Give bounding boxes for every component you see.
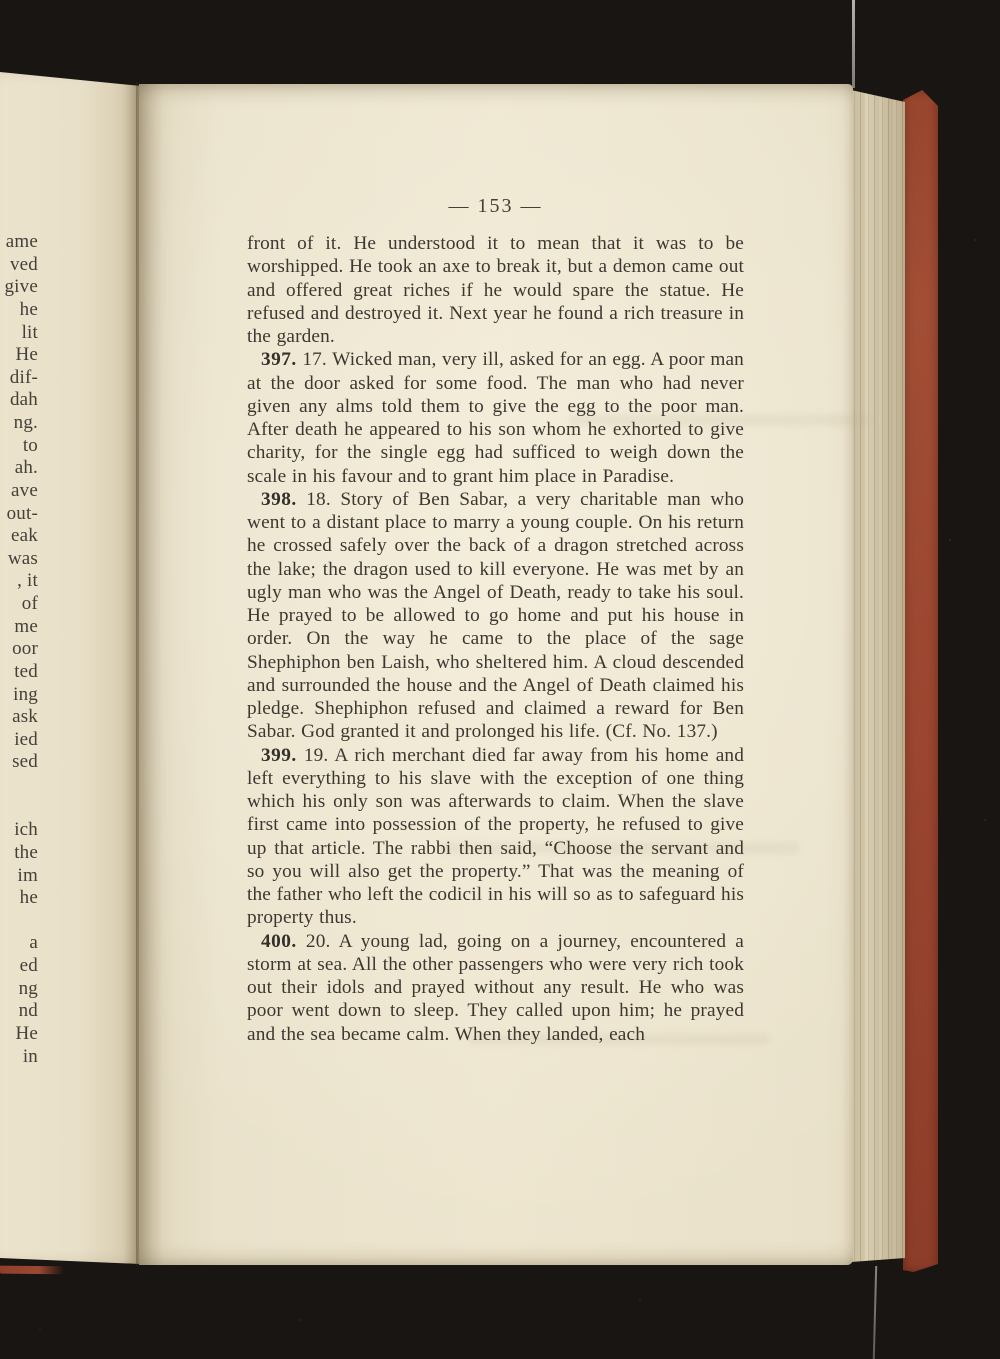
left-page-fragment-line: sed (0, 751, 38, 774)
paragraph-397: 397. 17. Wicked man, very ill, asked for… (247, 348, 744, 488)
cradle-wire-top (852, 0, 855, 88)
book-cover (903, 90, 938, 1272)
left-page-fragment-line: ied (0, 729, 38, 752)
left-page-fragment-line: ed (0, 955, 38, 978)
left-page-fragment-line: ng. (0, 412, 38, 435)
left-page-fragments: amevedgivehelitHedif-dahng.toah.aveout-e… (0, 231, 38, 1068)
left-page-fragment-line: nd (0, 1000, 38, 1023)
left-page-fragment-line: the (0, 842, 38, 865)
paragraph-399: 399. 19. A rich merchant died far away f… (247, 744, 744, 930)
left-page-fragment-line: was (0, 548, 38, 571)
left-page-fragment-line: ing (0, 684, 38, 707)
left-page-fragment-line: out- (0, 503, 38, 526)
left-page-fragment-line: ask (0, 706, 38, 729)
paragraph-400: 400. 20. A young lad, going on a journey… (247, 930, 744, 1046)
paragraph-text: front of it. He understood it to mean th… (247, 233, 744, 347)
paragraph-continuation: front of it. He understood it to mean th… (247, 232, 744, 348)
left-page-fragment-line: dah (0, 389, 38, 412)
entry-item-number: 20. (306, 931, 331, 952)
left-page-fragment-line: lit (0, 322, 38, 345)
left-page-fragment-line: ted (0, 661, 38, 684)
entry-item-number: 19. (304, 745, 329, 766)
left-page-fragment-line (0, 774, 38, 797)
left-page-fragment-line: eak (0, 525, 38, 548)
left-page-fragment-line: to (0, 435, 38, 458)
left-page-fragment-line (0, 797, 38, 820)
left-page-fragment-line: me (0, 616, 38, 639)
left-page-fragment-line: He (0, 344, 38, 367)
left-page-fragment-line: dif- (0, 367, 38, 390)
entry-number: 400. (261, 931, 297, 952)
left-page-fragment-line: ich (0, 819, 38, 842)
left-page-fragment-line: He (0, 1023, 38, 1046)
entry-number: 399. (261, 745, 297, 766)
left-page-fragment-line: ved (0, 254, 38, 277)
left-page-fragment-line: ame (0, 231, 38, 254)
page-content: — 153 — front of it. He understood it to… (247, 194, 744, 1046)
left-page-fragment-line: in (0, 1046, 38, 1069)
page-fore-edge-stack (851, 90, 905, 1262)
entry-number: 397. (261, 349, 297, 370)
left-page-fragment-line: ave (0, 480, 38, 503)
left-page-fragment-line: give (0, 276, 38, 299)
left-page-fragment-line: of (0, 593, 38, 616)
left-page-fragment-line: ah. (0, 457, 38, 480)
left-page-fragment-line: he (0, 887, 38, 910)
left-page-fragment-line: im (0, 865, 38, 888)
left-page-fragment-line: a (0, 932, 38, 955)
body-text: front of it. He understood it to mean th… (247, 232, 744, 1046)
left-page-fragment-line: he (0, 299, 38, 322)
entry-item-number: 17. (302, 349, 327, 370)
paragraph-398: 398. 18. Story of Ben Sabar, a very char… (247, 488, 744, 744)
entry-item-number: 18. (306, 489, 331, 510)
left-page-fragment-line: , it (0, 570, 38, 593)
paragraph-text: A rich merchant died far away from his h… (247, 745, 744, 929)
page-number: — 153 — (247, 194, 744, 218)
left-page-fragment-line (0, 910, 38, 933)
entry-number: 398. (261, 489, 297, 510)
left-page-fragment-line: ng (0, 978, 38, 1001)
book-cover-edge-bottom-left (0, 1266, 64, 1275)
left-page-fragment-line: oor (0, 638, 38, 661)
cradle-wire-bottom (873, 1266, 877, 1359)
paragraph-text: Story of Ben Sabar, a very charitable ma… (247, 489, 744, 743)
